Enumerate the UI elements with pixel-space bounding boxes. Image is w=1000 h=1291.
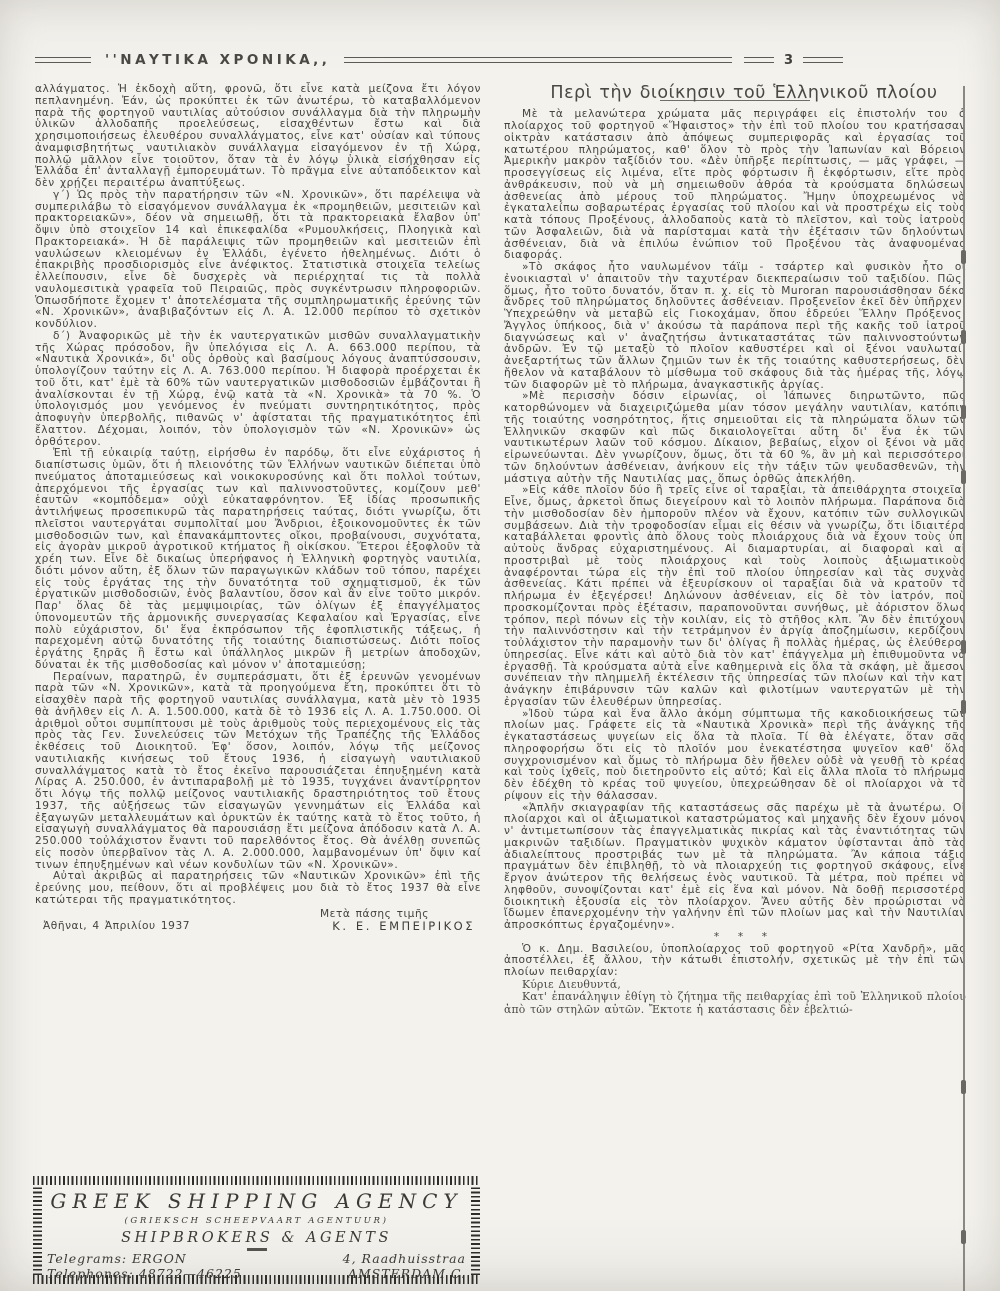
article-title: Περὶ τὴν διοίκησιν τοῦ Ἑλληνικοῦ πλοίου bbox=[504, 88, 966, 100]
signature-name: Κ. Ε. ΕΜΠΕΙΡΙΚΟΣ bbox=[332, 921, 481, 933]
paragraph: Ἐπὶ τῇ εὐκαιρίᾳ ταύτῃ, εἰρήσθω ἐν παρόδῳ… bbox=[35, 448, 481, 671]
paragraph: Ὁ κ. Δημ. Βασιλείου, ὑποπλοίαρχος τοῦ φο… bbox=[504, 944, 966, 979]
paragraph: Αὐταὶ ἀκριβῶς αἱ παρατηρήσεις τῶν «Ναυτι… bbox=[35, 871, 481, 906]
masthead-rule-mid bbox=[344, 57, 732, 63]
advert-address-city: AMSTERDAM C. bbox=[343, 1266, 466, 1281]
masthead-title: ''ΝΑΥΤΙΚΑ ΧΡΟΝΙΚΑ,, bbox=[105, 52, 330, 68]
advert-border-top bbox=[33, 1176, 480, 1185]
advert-contact-row: Telegrams: ERGON Telephones: 48722—46225… bbox=[47, 1251, 466, 1281]
page-number-rule-right bbox=[803, 57, 843, 63]
paragraph: «Ἁπλῆν σκιαγραφίαν τῆς καταστάσεως σᾶς π… bbox=[504, 803, 966, 932]
advert-address-street: 4, Raadhuisstraa bbox=[343, 1251, 466, 1266]
page-edge-mark bbox=[961, 1080, 966, 1094]
page-number-rule-left bbox=[744, 57, 774, 63]
page-edge-line bbox=[963, 86, 965, 1291]
advert-line2: SHIPBROKERS & AGENTS bbox=[47, 1230, 466, 1246]
scanned-periodical-page: ''ΝΑΥΤΙΚΑ ΧΡΟΝΙΚΑ,, 3 αλλάγματος. Ἡ ἐκδο… bbox=[0, 0, 1000, 1291]
advert-content: GREEK SHIPPING AGENCY (GRIEKSCH SCHEEPVA… bbox=[47, 1186, 466, 1274]
advert-contact-right: 4, Raadhuisstraa AMSTERDAM C. bbox=[343, 1251, 466, 1281]
page-number: 3 bbox=[784, 53, 793, 68]
paragraph: γ΄) Ὡς πρὸς τὴν παρατήρησιν τῶν «Ν. Χρον… bbox=[35, 190, 481, 331]
section-separator: * * * bbox=[504, 932, 966, 944]
page-edge-mark bbox=[961, 250, 966, 264]
advert-greek-shipping-agency: GREEK SHIPPING AGENCY (GRIEKSCH SCHEEPVA… bbox=[33, 1176, 480, 1284]
paragraph: Μὲ τὰ μελανώτερα χρώματα μᾶς περιγράφει … bbox=[504, 109, 966, 262]
paragraph: »Τὸ σκάφος ἦτο ναυλωμένον τάϊμ - τσάρτερ… bbox=[504, 262, 966, 391]
page-edge-mark bbox=[961, 330, 966, 344]
page-edge-mark bbox=[961, 1230, 966, 1244]
page-edge-mark bbox=[961, 640, 966, 654]
paragraph: αλλάγματος. Ἡ ἐκδοχὴ αὕτη, φρονῶ, ὅτι εἶ… bbox=[35, 84, 481, 190]
advert-telegrams: Telegrams: ERGON bbox=[47, 1251, 242, 1266]
signature-row: Ἀθῆναι, 4 Ἀπριλίου 1937 Κ. Ε. ΕΜΠΕΙΡΙΚΟΣ bbox=[35, 921, 481, 933]
advert-title: GREEK SHIPPING AGENCY bbox=[47, 1189, 466, 1213]
advert-telephones: Telephones: 48722—46225 bbox=[47, 1266, 242, 1281]
letter-body: Κατ' ἐπανάληψιν ἐθίγη τὸ ζήτημα τῆς πειθ… bbox=[504, 991, 966, 1016]
left-column: αλλάγματος. Ἡ ἐκδοχὴ αὕτη, φρονῶ, ὅτι εἶ… bbox=[35, 84, 481, 933]
advert-contact-left: Telegrams: ERGON Telephones: 48722—46225 bbox=[47, 1251, 242, 1281]
paragraph: δ΄) Ἀναφορικῶς μὲ τὴν ἐκ ναυτεργατικῶν μ… bbox=[35, 331, 481, 449]
dateline: Ἀθῆναι, 4 Ἀπριλίου 1937 bbox=[35, 921, 190, 933]
paragraph: »Ἰδοὺ τώρα καὶ ἕνα ἄλλο ἀκόμη σύμπτωμα τ… bbox=[504, 709, 966, 803]
advert-subtitle: (GRIEKSCH SCHEEPVAART AGENTUUR) bbox=[47, 1216, 466, 1226]
advert-border-right bbox=[471, 1185, 480, 1275]
advert-border-left bbox=[33, 1185, 42, 1275]
page-edge-mark bbox=[961, 700, 966, 714]
page-number-cluster: 3 bbox=[744, 53, 843, 68]
masthead: ''ΝΑΥΤΙΚΑ ΧΡΟΝΙΚΑ,, 3 bbox=[35, 52, 925, 68]
reader-letter: Κύριε Διευθυντά, Κατ' ἐπανάληψιν ἐθίγη τ… bbox=[504, 979, 966, 1016]
paragraph: »Εἰς κάθε πλοῖον δύο ἢ τρεῖς εἶνε οἱ ταρ… bbox=[504, 485, 966, 708]
page-edge-mark bbox=[961, 405, 966, 419]
page-edge-mark bbox=[961, 470, 966, 484]
paragraph: »Μὲ περισσὴν δόσιν εἰρωνίας, οἱ Ἰάπωνες … bbox=[504, 391, 966, 485]
paragraph: Περαίνων, παρατηρῶ, ἐν συμπεράσματι, ὅτι… bbox=[35, 672, 481, 872]
masthead-rule-left bbox=[35, 57, 91, 63]
right-column: Περὶ τὴν διοίκησιν τοῦ Ἑλληνικοῦ πλοίου … bbox=[504, 88, 966, 1016]
